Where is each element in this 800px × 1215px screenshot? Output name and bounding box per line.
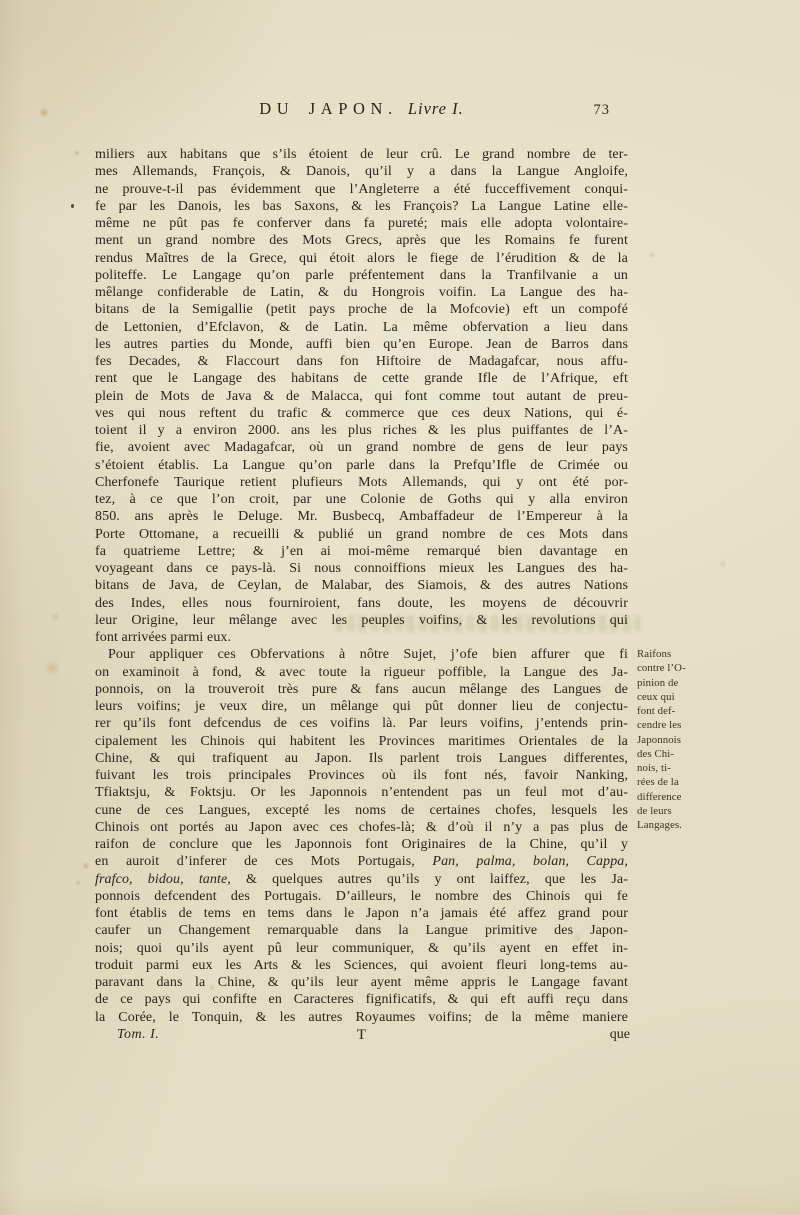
text-line-mixed: en auroit d’inferer de ces Mots Portugai… [95, 853, 628, 870]
text-line: 850. ans après le Deluge. Mr. Busbecq, A… [95, 508, 628, 525]
text-line: plein de Mots de Java & de Malacca, qui … [95, 388, 628, 405]
running-header: DU JAPON.Livre I. 73 [95, 99, 628, 119]
text-line: font établis de tems en tems dans le Jap… [95, 905, 628, 922]
italic-segment: frafco, bidou, tante, [95, 872, 231, 887]
catchword: que [610, 1027, 630, 1043]
foxing-spot [82, 862, 90, 870]
running-book-label: Livre I. [408, 99, 464, 118]
marginal-note-line: font def- [637, 704, 725, 718]
paragraph-2-part-a: Pour appliquer ces Obfervations à nôtre … [95, 646, 628, 853]
text-line: cipalement les Chinois qui habitent les … [95, 733, 628, 750]
foxing-spot [38, 108, 50, 117]
text-line: fe par les Danois, les bas Saxons, & les… [95, 198, 628, 215]
text-line: voyageant dans ce pays-là. Si nous conno… [95, 560, 628, 577]
text-line: ves qui nous reftent du trafic & commerc… [95, 405, 628, 422]
roman-segment: & quelques autres qu’ils y ont laiffez, … [231, 872, 628, 887]
text-line: caufer un Changement remarquable dans la… [95, 922, 628, 939]
text-line: Porte Ottomane, a recueilli & publié un … [95, 526, 628, 543]
foxing-spot [42, 660, 62, 676]
text-line: fa quatrieme Lettre; & j’en ai moi-même … [95, 543, 628, 560]
page-number: 73 [594, 102, 611, 119]
foxing-spot [74, 150, 80, 156]
marginal-note-line: de leurs [637, 804, 725, 818]
text-line: politeffe. Le Langage qu’on parle préfen… [95, 267, 628, 284]
text-line: ponnois defcendent des Portugais. D’aill… [95, 888, 628, 905]
volume-label: Tom. I. [117, 1027, 159, 1043]
text-line: Tfiaktsju, & Foktsju. Or les Japonnois n… [95, 784, 628, 801]
foxing-spot [648, 252, 656, 258]
text-line: de ce pays qui confifte en Caracteres fi… [95, 991, 628, 1008]
foxing-spot [50, 612, 61, 621]
marginal-note-line: rées de la [637, 775, 725, 789]
margin-ink-dot [71, 204, 74, 208]
marginal-note-line: Langages. [637, 818, 725, 832]
marginal-note-line: ceux qui [637, 690, 725, 704]
text-line: miliers aux habitans que s’ils étoient d… [95, 146, 628, 163]
book-page-scan: DU JAPON.Livre I. 73 miliers aux habitan… [0, 0, 800, 1215]
marginal-note-line: contre l’O- [637, 661, 725, 675]
text-line: paravant dans la Chine, & qu’ils leur ay… [95, 974, 628, 991]
text-line: rer qu’ils font defcendus de ces voifins… [95, 715, 628, 732]
text-line: des Indes, elles nous fourniroient, fans… [95, 595, 628, 612]
marginal-note-line: cendre les [637, 718, 725, 732]
italic-segment: Pan, palma, bolan, Cappa, [432, 854, 628, 869]
text-line: mêlange confiderable de Latin, & du Hong… [95, 284, 628, 301]
text-line: raifon de conclure que les Japonnois fon… [95, 836, 628, 853]
text-line: tez, à ce que l’on croit, par une Coloni… [95, 491, 628, 508]
text-line: nois; quoi qu’ils ayent pû leur communiq… [95, 940, 628, 957]
gathering-signature: T [357, 1027, 366, 1044]
text-line: Pour appliquer ces Obfervations à nôtre … [95, 646, 628, 663]
text-line: s’étoient établis. La Langue qu’on parle… [95, 457, 628, 474]
marginal-note-line: Raifons [637, 647, 725, 661]
text-line: on examinoit à fond, & avec toute la rig… [95, 664, 628, 681]
marginal-note-line: difference [637, 790, 725, 804]
text-line: toient il y a environ 2000. ans les plus… [95, 422, 628, 439]
marginal-note-line: pinion de [637, 676, 725, 690]
text-line: troduit parmi eux les Arts & les Science… [95, 957, 628, 974]
text-line: font arrivées parmi eux. [95, 629, 628, 646]
text-line: rent que le Langage des habitans de cett… [95, 370, 628, 387]
text-line: fuivant les trois principales Provinces … [95, 767, 628, 784]
text-line: Cherfonefe Taurique retient plufieurs Mo… [95, 474, 628, 491]
text-line: ne prouve-t-il pas évidemment que l’Angl… [95, 181, 628, 198]
text-line: bitans de Java, de Ceylan, de Malabar, d… [95, 577, 628, 594]
text-column: miliers aux habitans que s’ils étoient d… [95, 146, 628, 1046]
text-line: leurs voifins; je veux dire, un mêlange … [95, 698, 628, 715]
text-line: fie, avoient avec Madagafcar, où un gran… [95, 439, 628, 456]
text-line: ment un grand nombre des Mots Grecs, apr… [95, 232, 628, 249]
text-line: de Lettonien, d’Efclavon, & de Latin. La… [95, 319, 628, 336]
running-title: DU JAPON. [259, 99, 398, 118]
text-line: Chine, & qui trafiquent au Japon. Ils pa… [95, 750, 628, 767]
text-line: bitans de la Semigallie (petit pays proc… [95, 301, 628, 318]
text-line: rendus Maîtres de la Grece, qui étoit al… [95, 250, 628, 267]
text-line: les autres parties du Monde, auffi bien … [95, 336, 628, 353]
text-line: ponnois, on la trouveroit très pure & fa… [95, 681, 628, 698]
marginal-note-line: des Chi- [637, 747, 725, 761]
text-line: leur Origine, leur mêlange avec les peup… [95, 612, 628, 629]
marginal-note-line: nois, ti- [637, 761, 725, 775]
marginal-note: Raifonscontre l’O-pinion deceux quifont … [637, 647, 725, 832]
text-line: mes Allemands, François, & Danois, qu’il… [95, 163, 628, 180]
page-footer: Tom. I. T que [95, 1027, 628, 1046]
text-line: même ne pût pas fe conferver dans fa pur… [95, 215, 628, 232]
text-line: cune de ces Langues, excepté les noms de… [95, 802, 628, 819]
foxing-spot [75, 880, 81, 886]
text-line-mixed: frafco, bidou, tante, & quelques autres … [95, 871, 628, 888]
paragraph-1: miliers aux habitans que s’ils étoient d… [95, 146, 628, 646]
roman-segment: en auroit d’inferer de ces Mots Portugai… [95, 854, 432, 869]
text-line: la Corée, le Tonquin, & les autres Royau… [95, 1009, 628, 1026]
text-line: Chinois ont portés au Japon avec ces cho… [95, 819, 628, 836]
foxing-spot [718, 560, 728, 568]
paragraph-2-part-b: ponnois defcendent des Portugais. D’aill… [95, 888, 628, 1026]
marginal-note-line: Japonnois [637, 733, 725, 747]
text-line: fes Decades, & Flaccourt dans fon Hiftoi… [95, 353, 628, 370]
